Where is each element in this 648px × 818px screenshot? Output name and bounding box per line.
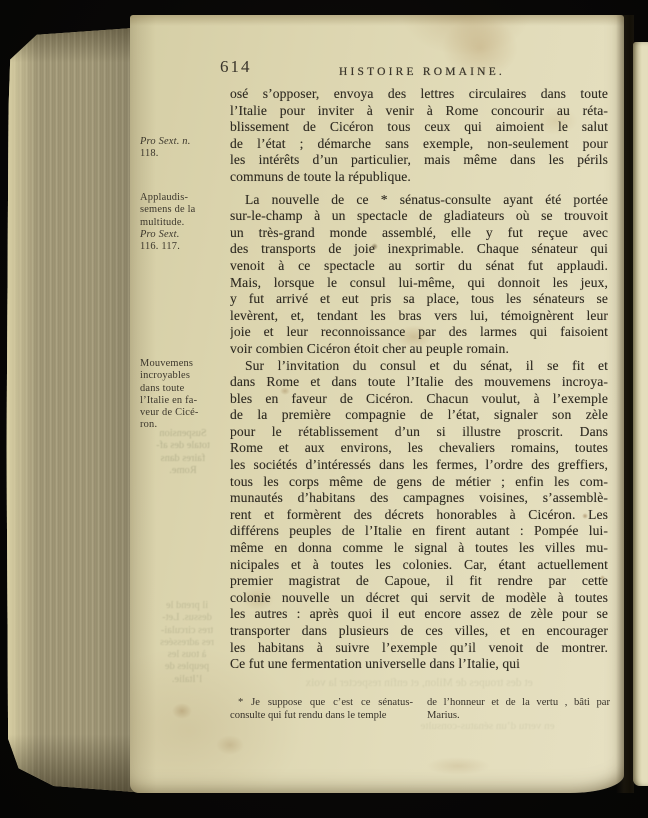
body-line: munautés d’habitans des campagnes voisin… [230, 490, 608, 507]
body-line: les autres : après quoi il eut encore as… [230, 606, 608, 623]
footnote-right-column: de l’honneur et de la vertu , bâti parMa… [427, 696, 610, 722]
body-line: différens peuples de l’Italie en firent … [230, 523, 608, 540]
body-line: transporter dans plusieurs de ces villes… [230, 623, 608, 640]
paragraph: Sur l’invitation du consul et du sénat, … [230, 358, 608, 673]
body-line: La nouvelle de ce * sénatus-consulte aya… [230, 192, 608, 209]
page-gutter-crease [616, 15, 634, 793]
book-fore-edge [6, 24, 146, 796]
margin-note: Pro Sext. n.118. [140, 136, 228, 161]
margin-notes: Pro Sext. n.118.Applaudis-semens de lamu… [140, 15, 228, 793]
margin-note-line: incroyables [140, 370, 228, 382]
footnote-line: Marius. [427, 709, 610, 722]
body-line: levèrent, et, tendant les bras vers lui,… [230, 308, 608, 325]
body-line: bles en faveur de Cicéron. Chacun voulut… [230, 391, 608, 408]
body-line: venoit à ce spectacle au sortir du sénat… [230, 258, 608, 275]
margin-note-line: semens de la [140, 204, 228, 216]
show-through-line: et des troupes de Milon, et enfin respec… [230, 677, 608, 689]
footnote: * Je suppose que c’est ce sénatus-consul… [230, 696, 610, 722]
body-line: les habitans à suivre l’exemple qu’il ve… [230, 640, 608, 657]
paragraph: La nouvelle de ce * sénatus-consulte aya… [230, 192, 608, 358]
book-photograph: 614 HISTOIRE ROMAINE. Pro Sext. n.118.Ap… [0, 0, 648, 818]
running-title: HISTOIRE ROMAINE. [282, 66, 562, 78]
body-line: premier magistrat de Capoue, il fit rend… [230, 573, 608, 590]
body-line: tous les corps même de gens de métier ; … [230, 474, 608, 491]
body-line: les intérêts d’un particulier, mais même… [230, 152, 608, 169]
body-line: même en donna comme le signal à toutes l… [230, 540, 608, 557]
footnote-line: * Je suppose que c’est ce sénatus- [230, 696, 413, 709]
body-line: Mais, lorsque le consul lui-même, qui do… [230, 275, 608, 292]
margin-note: Applaudis-semens de lamultitude.Pro Sext… [140, 192, 228, 253]
body-line: rent et formèrent des décrets honorables… [230, 507, 608, 524]
body-line: pour le rétablissement d’un si illustre … [230, 424, 608, 441]
footnote-line: consulte qui fut rendu dans le temple [230, 709, 413, 722]
margin-note-line: 116. 117. [140, 241, 228, 253]
body-line: sur-le-champ à un spectacle de gladiateu… [230, 208, 608, 225]
body-line: y fut arrivé et eut pris sa place, tous … [230, 291, 608, 308]
body-line: blissement de Cicéron tous ceux qui aimo… [230, 119, 608, 136]
body-line: joie et leur reconnoissance par des larm… [230, 324, 608, 341]
body-line: osé s’opposer, envoya des lettres circul… [230, 86, 608, 103]
margin-note-line: veur de Cicé- [140, 407, 228, 419]
body-line: colonie nouvelle un décret qui servit de… [230, 590, 608, 607]
body-line: de l’état ; démarche sans exemple, non-s… [230, 136, 608, 153]
body-line: un très-grand monde assemblé, elle y fut… [230, 225, 608, 242]
margin-note-line: Applaudis- [140, 192, 228, 204]
facing-page-edge [633, 42, 648, 786]
body-line: l’Italie pour inviter à venir à Rome con… [230, 103, 608, 120]
margin-note-line: Pro Sext. n. [140, 136, 228, 148]
body-line: voir combien Cicéron étoit cher au peupl… [230, 341, 608, 358]
paper-stain [426, 757, 490, 775]
footnote-line: de l’honneur et de la vertu , bâti par [427, 696, 610, 709]
body-line: les sociétés d’intéressés dans les ferme… [230, 457, 608, 474]
body-line: des transports de joie inexprimable. Cha… [230, 241, 608, 258]
footnote-left-column: * Je suppose que c’est ce sénatus-consul… [230, 696, 413, 722]
margin-note-line: dans toute [140, 383, 228, 395]
body-line: nicipales et à toutes les colonies. Car,… [230, 557, 608, 574]
margin-note-line: Pro Sext. [140, 229, 228, 241]
body-text: osé s’opposer, envoya des lettres circul… [230, 86, 608, 673]
body-line: de la première compagnie de l’état, sign… [230, 407, 608, 424]
show-through-text: et des troupes de Milon, et enfin respec… [230, 677, 608, 689]
body-line: Rome et aux environs, les chevaliers rom… [230, 440, 608, 457]
margin-note-line: 118. [140, 148, 228, 160]
book-page: 614 HISTOIRE ROMAINE. Pro Sext. n.118.Ap… [130, 15, 624, 793]
margin-note-line: ron. [140, 419, 228, 431]
margin-note: Mouvemensincroyablesdans toutel’Italie e… [140, 358, 228, 432]
margin-note-line: multitude. [140, 217, 228, 229]
margin-note-line: Mouvemens [140, 358, 228, 370]
body-line: communs de toute la république. [230, 169, 608, 186]
body-line: Ce fut une fermentation universelle dans… [230, 656, 608, 673]
body-line: dans Rome et dans toute l’Italie des mou… [230, 374, 608, 391]
paragraph: osé s’opposer, envoya des lettres circul… [230, 86, 608, 186]
body-line: Sur l’invitation du consul et du sénat, … [230, 358, 608, 375]
margin-note-line: l’Italie en fa- [140, 395, 228, 407]
